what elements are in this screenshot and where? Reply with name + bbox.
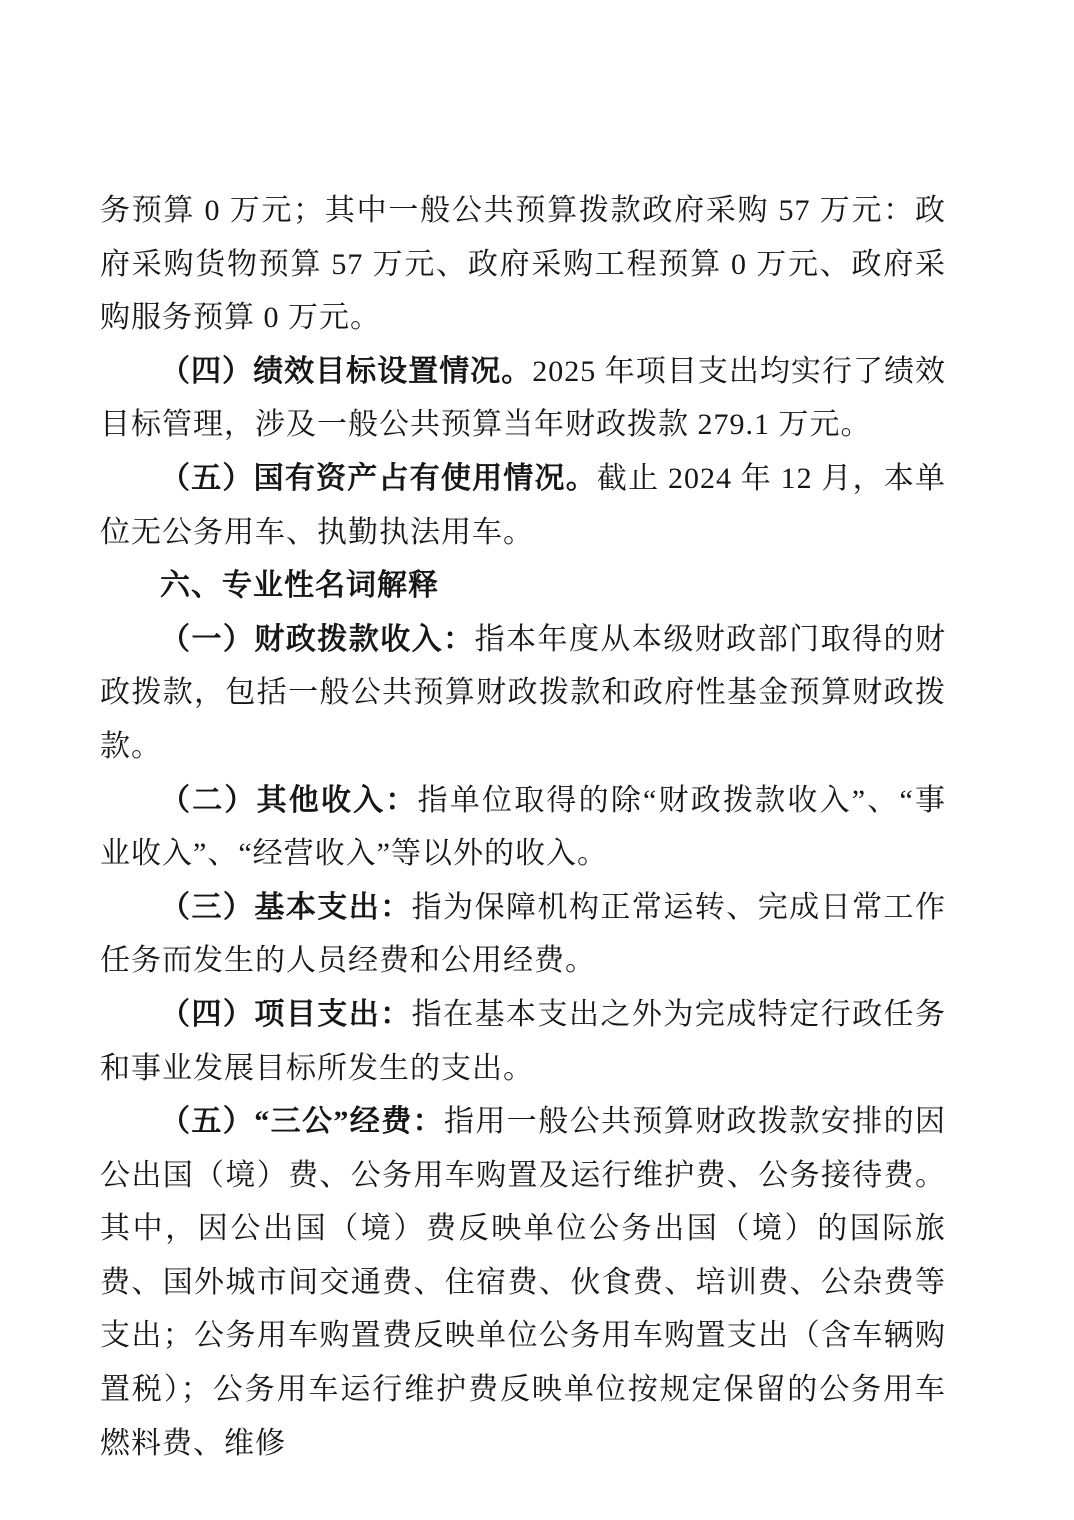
paragraph-term-basic-expenditure: （三）基本支出：指为保障机构正常运转、完成日常工作任务而发生的人员经费和公用经费… xyxy=(100,881,946,988)
paragraph-lead: （四）绩效目标设置情况。 xyxy=(160,355,532,388)
paragraph-procurement-continuation: 务预算 0 万元；其中一般公共预算拨款政府采购 57 万元：政府采购货物预算 5… xyxy=(100,184,946,345)
term-label: （四）项目支出： xyxy=(160,998,412,1031)
term-label: （一）财政拨款收入： xyxy=(160,623,475,656)
paragraph-state-assets: （五）国有资产占有使用情况。截止 2024 年 12 月，本单位无公务用车、执勤… xyxy=(100,452,946,559)
paragraph-term-project-expenditure: （四）项目支出：指在基本支出之外为完成特定行政任务和事业发展目标所发生的支出。 xyxy=(100,988,946,1095)
term-label: （三）基本支出： xyxy=(160,891,412,924)
paragraph-lead: （五）国有资产占有使用情况。 xyxy=(160,462,597,495)
term-label: （二）其他收入： xyxy=(160,784,418,817)
paragraph-term-other-income: （二）其他收入：指单位取得的除“财政拨款收入”、“事业收入”、“经营收入”等以外… xyxy=(100,774,946,881)
term-label: （五）“三公”经费： xyxy=(160,1105,444,1138)
section-heading-terms: 六、专业性名词解释 xyxy=(100,559,946,613)
paragraph-text: 务预算 0 万元；其中一般公共预算拨款政府采购 57 万元：政府采购货物预算 5… xyxy=(100,194,946,334)
paragraph-term-three-public-funds: （五）“三公”经费：指用一般公共预算财政拨款安排的因公出国（境）费、公务用车购置… xyxy=(100,1095,946,1470)
paragraph-performance-targets: （四）绩效目标设置情况。2025 年项目支出均实行了绩效目标管理，涉及一般公共预… xyxy=(100,345,946,452)
document-body: 务预算 0 万元；其中一般公共预算拨款政府采购 57 万元：政府采购货物预算 5… xyxy=(100,184,946,1470)
paragraph-term-fiscal-appropriation-income: （一）财政拨款收入：指本年度从本级财政部门取得的财政拨款，包括一般公共预算财政拨… xyxy=(100,613,946,774)
paragraph-text: 指用一般公共预算财政拨款安排的因公出国（境）费、公务用车购置及运行维护费、公务接… xyxy=(100,1105,946,1460)
document-page: 务预算 0 万元；其中一般公共预算拨款政府采购 57 万元：政府采购货物预算 5… xyxy=(0,0,1074,1520)
